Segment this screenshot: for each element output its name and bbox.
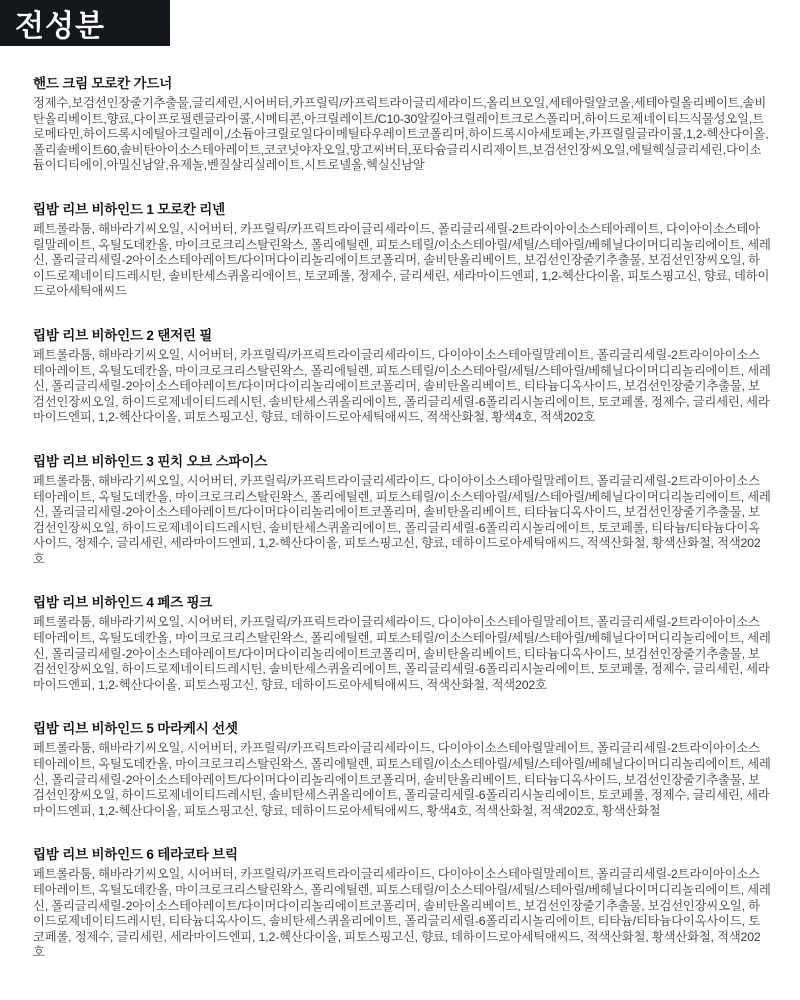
ingredient-list: 페트롤라툼, 해바라기씨오일, 시어버터, 카프릴릭/카프릭트라이글리세라이드,…: [33, 222, 771, 300]
ingredient-list: 페트롤라툼, 해바라기씨오일, 시어버터, 카프릴릭/카프릭트라이글리세라이드,…: [33, 615, 771, 693]
section-lipbalm-5-marrakesh-sunset: 립밤 리브 비하인드 5 마라케시 선셋 페트롤라툼, 해바라기씨오일, 시어버…: [33, 721, 771, 819]
ingredient-list: 페트롤라툼, 해바라기씨오일, 시어버터, 카프릴릭/카프릭트라이글리세라이드,…: [33, 867, 771, 961]
ingredient-list: 정제수,보검선인장줄기추출물,글리세린,시어버터,카프릴릭/카프릭트라이글리세라…: [33, 96, 771, 174]
section-lipbalm-6-terracotta-brick: 립밤 리브 비하인드 6 테라코타 브릭 페트롤라툼, 해바라기씨오일, 시어버…: [33, 847, 771, 961]
sections-container: 핸드 크림 모로칸 가드너 정제수,보검선인장줄기추출물,글리세린,시어버터,카…: [33, 76, 771, 989]
ingredient-list: 페트롤라툼, 해바라기씨오일, 시어버터, 카프릴릭/카프릭트라이글리세라이드,…: [33, 474, 771, 568]
ingredients-page: 전성분 핸드 크림 모로칸 가드너 정제수,보검선인장줄기추출물,글리세린,시어…: [0, 0, 800, 1000]
section-lipbalm-3-pinch-of-spice: 립밤 리브 비하인드 3 핀치 오브 스파이스 페트롤라툼, 해바라기씨오일, …: [33, 454, 771, 568]
section-title: 립밤 리브 비하인드 2 탠저린 필: [33, 328, 771, 344]
section-title: 립밤 리브 비하인드 3 핀치 오브 스파이스: [33, 454, 771, 470]
section-lipbalm-2-tangerine-peel: 립밤 리브 비하인드 2 탠저린 필 페트롤라툼, 해바라기씨오일, 시어버터,…: [33, 328, 771, 426]
ingredient-list: 페트롤라툼, 해바라기씨오일, 시어버터, 카프릴릭/카프릭트라이글리세라이드,…: [33, 741, 771, 819]
section-title: 핸드 크림 모로칸 가드너: [33, 76, 771, 92]
section-lipbalm-1-moroccan-linen: 립밤 리브 비하인드 1 모로칸 리넨 페트롤라툼, 해바라기씨오일, 시어버터…: [33, 202, 771, 300]
section-lipbalm-4-fez-pink: 립밤 리브 비하인드 4 페즈 핑크 페트롤라툼, 해바라기씨오일, 시어버터,…: [33, 595, 771, 693]
section-title: 립밤 리브 비하인드 5 마라케시 선셋: [33, 721, 771, 737]
section-title: 립밤 리브 비하인드 4 페즈 핑크: [33, 595, 771, 611]
section-title: 립밤 리브 비하인드 1 모로칸 리넨: [33, 202, 771, 218]
section-title: 립밤 리브 비하인드 6 테라코타 브릭: [33, 847, 771, 863]
section-hand-cream-moroccan-gardener: 핸드 크림 모로칸 가드너 정제수,보검선인장줄기추출물,글리세린,시어버터,카…: [33, 76, 771, 174]
page-title-badge: 전성분: [0, 0, 170, 46]
ingredient-list: 페트롤라툼, 해바라기씨오일, 시어버터, 카프릴릭/카프릭트라이글리세라이드,…: [33, 348, 771, 426]
